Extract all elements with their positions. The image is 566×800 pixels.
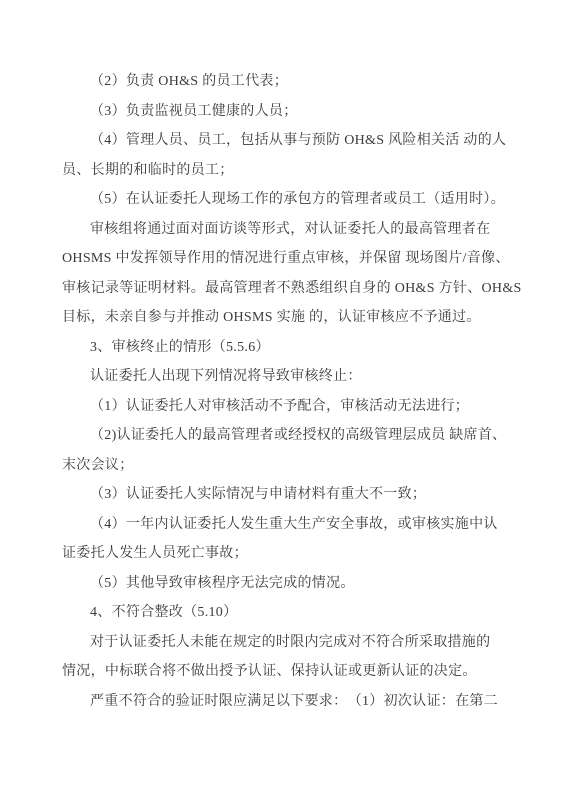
text-line: 审核记录等证明材料。最高管理者不熟悉组织自身的 OH&S 方针、OH&S [62, 274, 526, 304]
text-line: （5）其他导致审核程序无法完成的情况。 [62, 569, 526, 599]
text-line: （5）在认证委托人现场工作的承包方的管理者或员工（适用时）。 [62, 185, 526, 215]
text-line: 末次会议； [62, 451, 526, 481]
text-line: 严重不符合的验证时限应满足以下要求： （1）初次认证：在第二 [62, 687, 526, 717]
section-heading-3: 3、审核终止的情形（5.5.6） [62, 333, 526, 363]
text-line: （3）认证委托人实际情况与申请材料有重大不一致； [62, 480, 526, 510]
text-line: （4）管理人员、员工，包括从事与预防 OH&S 风险相关活 动的人 [62, 126, 526, 156]
text-line: 对于认证委托人未能在规定的时限内完成对不符合所采取措施的 [62, 628, 526, 658]
text-line: （4）一年内认证委托人发生重大生产安全事故，或审核实施中认 [62, 510, 526, 540]
text-line: 审核组将通过面对面访谈等形式，对认证委托人的最高管理者在 [62, 215, 526, 245]
text-line: 员、长期的和临时的员工； [62, 156, 526, 186]
text-line: （3）负责监视员工健康的人员； [62, 97, 526, 127]
text-line: 认证委托人出现下列情况将导致审核终止： [62, 362, 526, 392]
text-line: OHSMS 中发挥领导作用的情况进行重点审核，并保留 现场图片/音像、 [62, 244, 526, 274]
text-line: （2）负责 OH&S 的员工代表； [62, 67, 526, 97]
text-line: 目标，未亲自参与并推动 OHSMS 实施 的，认证审核应不予通过。 [62, 303, 526, 333]
section-heading-4: 4、不符合整改（5.10） [62, 598, 526, 628]
text-line: （2)认证委托人的最高管理者或经授权的高级管理层成员 缺席首、 [62, 421, 526, 451]
text-line: （1）认证委托人对审核活动不予配合，审核活动无法进行； [62, 392, 526, 422]
text-line: 证委托人发生人员死亡事故； [62, 539, 526, 569]
text-line: 情况，中标联合将不做出授予认证、保持认证或更新认证的决定。 [62, 657, 526, 687]
document-body: （2）负责 OH&S 的员工代表； （3）负责监视员工健康的人员； （4）管理人… [0, 0, 566, 716]
document-page: （2）负责 OH&S 的员工代表； （3）负责监视员工健康的人员； （4）管理人… [0, 0, 566, 800]
